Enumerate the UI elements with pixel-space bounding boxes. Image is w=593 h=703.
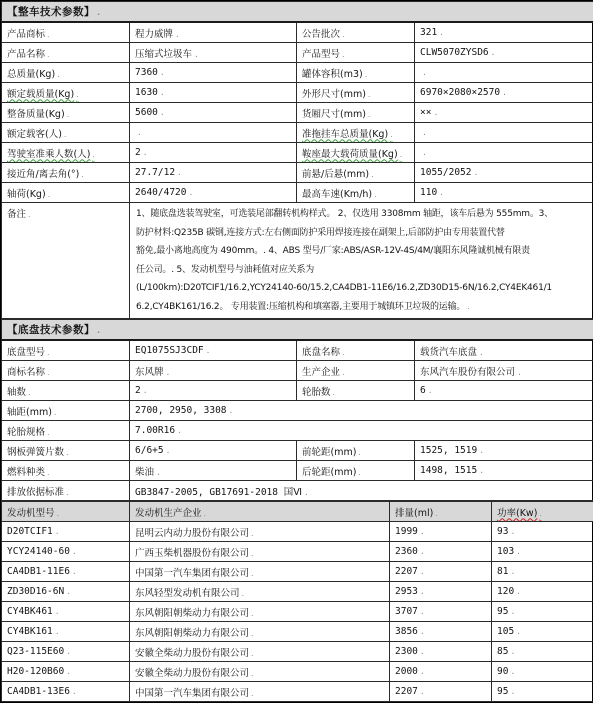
engine-model: Q23-115E60 (2, 642, 130, 662)
param-value: 1055/2052 (415, 163, 593, 183)
engine-manufacturer: 东风朝阳朝柴动力有限公司 (130, 602, 390, 622)
param-label: 接近角/离去角(°) (2, 163, 130, 183)
engine-power: 103 (492, 542, 593, 562)
param-value: 1630 (130, 83, 297, 103)
param-value: EQ1075SJ3CDF (130, 340, 297, 361)
param-label: 轴荷(Kg) (2, 183, 130, 203)
engine-model: CA4DB1-13E6 (2, 682, 130, 702)
param-label: 罐体容积(m3) (297, 63, 415, 83)
table-row: CY4BK461 东风朝阳朝柴动力有限公司 3707 95 (2, 602, 593, 622)
param-label: 前轮距(mm) (297, 441, 415, 461)
param-label: 轴距(mm) (2, 401, 130, 421)
param-value: 柴油 (130, 461, 297, 481)
table-row: CA4DB1-13E6 中国第一汽车集团有限公司 2207 95 (2, 682, 593, 702)
param-label: 驾驶室准乘人数(人) (2, 143, 130, 163)
table-row: YCY24140-60 广西玉柴机器股份有限公司 2360 103 (2, 542, 593, 562)
spec-document: 【整车技术参数】 产品商标 程力威牌 公告批次 321 产品名称 压缩式垃圾车 … (0, 0, 593, 703)
param-label: 排放依据标准 (2, 481, 130, 501)
param-label: 轮胎规格 (2, 421, 130, 441)
param-label: 轴数 (2, 381, 130, 401)
param-value (130, 123, 297, 143)
param-label: 额定载质量(Kg) (2, 83, 130, 103)
param-value: 7360 (130, 63, 297, 83)
param-value: 1525, 1519 (415, 441, 593, 461)
param-value: 2 (130, 381, 297, 401)
remark-line: (L/100km):D20TCIF1/16.2,YCY24140-60/15.2… (136, 279, 588, 298)
table-row: Q23-115E60 安徽全柴动力股份有限公司 2300 85 (2, 642, 593, 662)
param-label: 总质量(Kg) (2, 63, 130, 83)
param-label: 燃料种类 (2, 461, 130, 481)
param-label: 准拖挂车总质量(Kg) (297, 123, 415, 143)
engine-displacement: 2207 (390, 682, 492, 702)
param-value: 6970×2080×2570 (415, 83, 593, 103)
remark-text: 1、随底盘选装驾驶室，可选装尾部翻转机构样式。 2、仅选用 3308mm 轴距，… (130, 203, 593, 319)
engine-col-header-power: 功率(Kw) (492, 502, 593, 522)
param-value: 1498, 1515 (415, 461, 593, 481)
table-row: CY4BK161 东风朝阳朝柴动力有限公司 3856 105 (2, 622, 593, 642)
param-value: CLW5070ZYSD6 (415, 43, 593, 63)
remark-line: 防护材料:Q235B 碳钢,连接方式:左右侧面防护采用焊接连接在副架上,后部防护… (136, 224, 588, 243)
param-value: 6/6+5 (130, 441, 297, 461)
param-value: 2 (130, 143, 297, 163)
param-label: 公告批次 (297, 22, 415, 43)
engine-col-header-manufacturer: 发动机生产企业 (130, 502, 390, 522)
engine-power: 95 (492, 682, 593, 702)
engine-manufacturer: 广西玉柴机器股份有限公司 (130, 542, 390, 562)
remark-line: 豁免,最小离地高度为 490mm。. 4、ABS 型号/厂家:ABS/ASR-1… (136, 242, 588, 261)
param-label: 后轮距(mm) (297, 461, 415, 481)
param-label: 额定载客(人) (2, 123, 130, 143)
param-label: 外形尺寸(mm) (297, 83, 415, 103)
engine-model: ZD30D16-6N (2, 582, 130, 602)
engine-col-header-displacement: 排量(ml) (390, 502, 492, 522)
engine-manufacturer: 安徽全柴动力股份有限公司 (130, 662, 390, 682)
engine-displacement: 2207 (390, 562, 492, 582)
param-value: ×× (415, 103, 593, 123)
param-label: 整备质量(Kg) (2, 103, 130, 123)
engine-col-header-model: 发动机型号 (2, 502, 130, 522)
engine-displacement: 3856 (390, 622, 492, 642)
engine-table: 发动机型号 发动机生产企业 排量(ml) 功率(Kw) D20TCIF1 昆明云… (1, 501, 593, 702)
param-value: 6 (415, 381, 593, 401)
param-value: GB3847-2005, GB17691-2018 国Ⅵ (130, 481, 593, 501)
param-label: 商标名称 (2, 361, 130, 381)
engine-manufacturer: 东风轻型发动机有限公司 (130, 582, 390, 602)
engine-manufacturer: 昆明云内动力股份有限公司 (130, 522, 390, 542)
engine-model: CA4DB1-11E6 (2, 562, 130, 582)
param-value: 321 (415, 22, 593, 43)
remark-line: 任公司。. 5、发动机型号与油耗值对应关系为 (136, 261, 588, 280)
vehicle-params-table: 【整车技术参数】 产品商标 程力威牌 公告批次 321 产品名称 压缩式垃圾车 … (1, 1, 593, 319)
engine-power: 93 (492, 522, 593, 542)
param-label: 钢板弹簧片数 (2, 441, 130, 461)
remark-line: 1、随底盘选装驾驶室，可选装尾部翻转机构样式。 2、仅选用 3308mm 轴距，… (136, 205, 588, 224)
engine-model: H20-120B60 (2, 662, 130, 682)
param-value: 东风牌 (130, 361, 297, 381)
engine-displacement: 1999 (390, 522, 492, 542)
table-row: ZD30D16-6N 东风轻型发动机有限公司 2953 120 (2, 582, 593, 602)
engine-power: 105 (492, 622, 593, 642)
remark-line: 6.2,CY4BK161/16.2。 专用装置:压缩机构和填塞器,主要用于城镇环… (136, 298, 588, 317)
table-row: H20-120B60 安徽全柴动力股份有限公司 2000 90 (2, 662, 593, 682)
engine-model: D20TCIF1 (2, 522, 130, 542)
engine-manufacturer: 安徽全柴动力股份有限公司 (130, 642, 390, 662)
param-value: 载货汽车底盘 (415, 340, 593, 361)
param-label: 产品商标 (2, 22, 130, 43)
param-label: 产品型号 (297, 43, 415, 63)
param-value: 程力威牌 (130, 22, 297, 43)
engine-model: YCY24140-60 (2, 542, 130, 562)
param-label: 底盘型号 (2, 340, 130, 361)
engine-displacement: 2953 (390, 582, 492, 602)
param-value: 东风汽车股份有限公司 (415, 361, 593, 381)
engine-power: 120 (492, 582, 593, 602)
param-value: 7.00R16 (130, 421, 593, 441)
engine-displacement: 2300 (390, 642, 492, 662)
engine-manufacturer: 中国第一汽车集团有限公司 (130, 562, 390, 582)
engine-model: CY4BK161 (2, 622, 130, 642)
param-value: 110 (415, 183, 593, 203)
engine-displacement: 2360 (390, 542, 492, 562)
engine-manufacturer: 东风朝阳朝柴动力有限公司 (130, 622, 390, 642)
engine-displacement: 3707 (390, 602, 492, 622)
table-row: CA4DB1-11E6 中国第一汽车集团有限公司 2207 81 (2, 562, 593, 582)
section-title-vehicle: 【整车技术参数】 (2, 2, 593, 23)
param-label: 轮胎数 (297, 381, 415, 401)
param-value: 2700, 2950, 3308 (130, 401, 593, 421)
engine-model: CY4BK461 (2, 602, 130, 622)
param-label: 生产企业 (297, 361, 415, 381)
param-label: 前悬/后悬(mm) (297, 163, 415, 183)
engine-displacement: 2000 (390, 662, 492, 682)
param-label: 底盘名称 (297, 340, 415, 361)
param-value: 27.7/12 (130, 163, 297, 183)
section-title-chassis: 【底盘技术参数】 (2, 320, 593, 341)
param-label: 产品名称 (2, 43, 130, 63)
param-value: 压缩式垃圾车 (130, 43, 297, 63)
param-value (415, 123, 593, 143)
param-value (415, 143, 593, 163)
param-label: 鞍座最大载荷质量(Kg) (297, 143, 415, 163)
engine-manufacturer: 中国第一汽车集团有限公司 (130, 682, 390, 702)
engine-power: 90 (492, 662, 593, 682)
param-label: 货厢尺寸(mm) (297, 103, 415, 123)
remark-label: 备注 (2, 203, 130, 319)
param-value (415, 63, 593, 83)
param-value: 5600 (130, 103, 297, 123)
param-value: 2640/4720 (130, 183, 297, 203)
chassis-params-table: 【底盘技术参数】 底盘型号 EQ1075SJ3CDF 底盘名称 载货汽车底盘 商… (1, 319, 593, 501)
param-label: 最高车速(Km/h) (297, 183, 415, 203)
engine-power: 81 (492, 562, 593, 582)
table-row: D20TCIF1 昆明云内动力股份有限公司 1999 93 (2, 522, 593, 542)
engine-power: 85 (492, 642, 593, 662)
engine-power: 95 (492, 602, 593, 622)
